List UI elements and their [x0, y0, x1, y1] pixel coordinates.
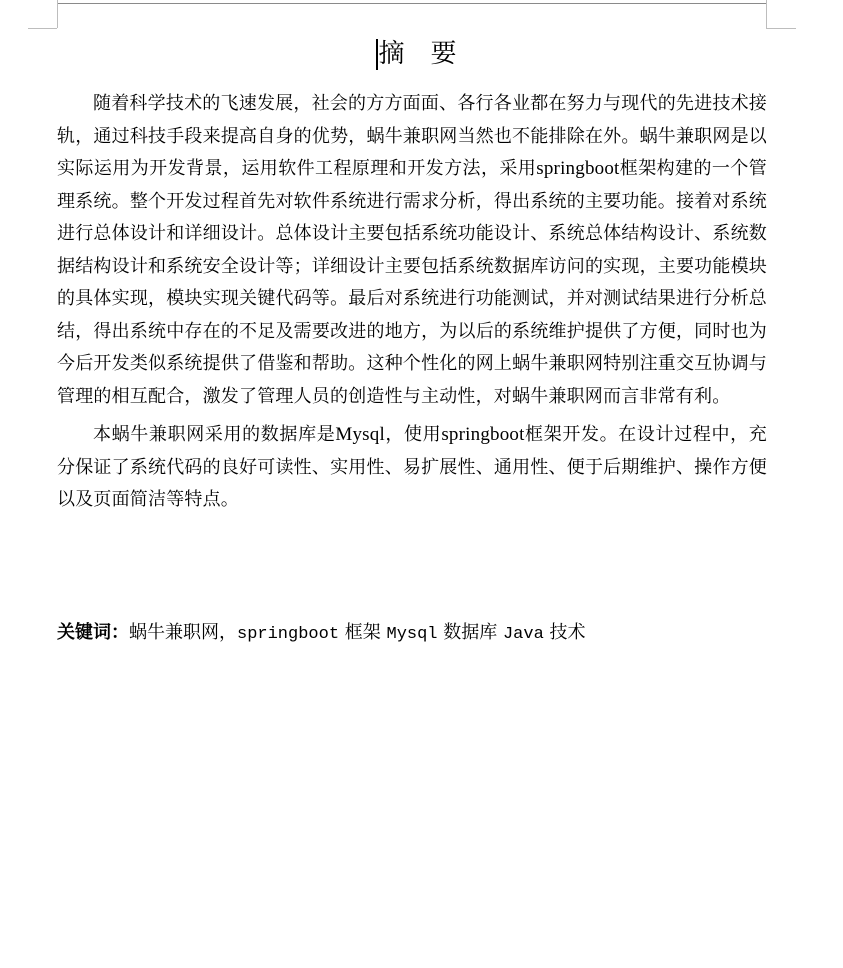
p2-latin-springboot: springboot — [441, 424, 524, 445]
p1-text-b: 框架构建的一个管理系统。整个开发过程首先对软件系统进行需求分析，得出系统的主要功… — [57, 158, 767, 407]
paragraph-1: 随着科学技术的飞速发展，社会的方方面面、各行各业都在努力与现代的先进技术接轨，通… — [57, 88, 767, 413]
keywords-line: 关键词：蜗牛兼职网，springboot 框架 Mysql 数据库 Java 技… — [57, 619, 586, 649]
keywords-label: 关键词： — [57, 622, 129, 643]
p2-text-a: 本蜗牛兼职网采用的数据库是 — [93, 424, 335, 445]
keyword-framework: 框架 — [345, 622, 381, 643]
crop-mark-top-left-vertical — [57, 0, 58, 28]
keyword-tech: 技术 — [550, 622, 586, 643]
document-page[interactable]: 摘要 随着科学技术的飞速发展，社会的方方面面、各行各业都在努力与现代的先进技术接… — [0, 0, 843, 968]
p1-latin-springboot: springboot — [536, 158, 619, 179]
paragraph-2: 本蜗牛兼职网采用的数据库是Mysql，使用springboot框架开发。在设计过… — [57, 419, 767, 517]
abstract-title[interactable]: 摘要 — [0, 36, 843, 72]
keyword-java: Java — [503, 625, 544, 644]
crop-mark-top-right-vertical — [766, 0, 767, 28]
crop-mark-top-left-horizontal — [28, 28, 57, 29]
title-char-2: 要 — [431, 36, 457, 72]
keyword-mysql: Mysql — [387, 625, 438, 644]
text-cursor — [376, 39, 378, 70]
crop-mark-top-right-horizontal — [766, 28, 796, 29]
header-boundary-line — [57, 3, 766, 4]
title-char-1: 摘 — [378, 36, 404, 72]
keyword-1: 蜗牛兼职网， — [129, 622, 237, 643]
keyword-database: 数据库 — [443, 622, 497, 643]
p2-latin-mysql: Mysql — [335, 424, 385, 445]
p2-text-b: ，使用 — [385, 424, 441, 445]
keyword-springboot: springboot — [237, 625, 339, 644]
abstract-body[interactable]: 随着科学技术的飞速发展，社会的方方面面、各行各业都在努力与现代的先进技术接轨，通… — [57, 88, 767, 517]
